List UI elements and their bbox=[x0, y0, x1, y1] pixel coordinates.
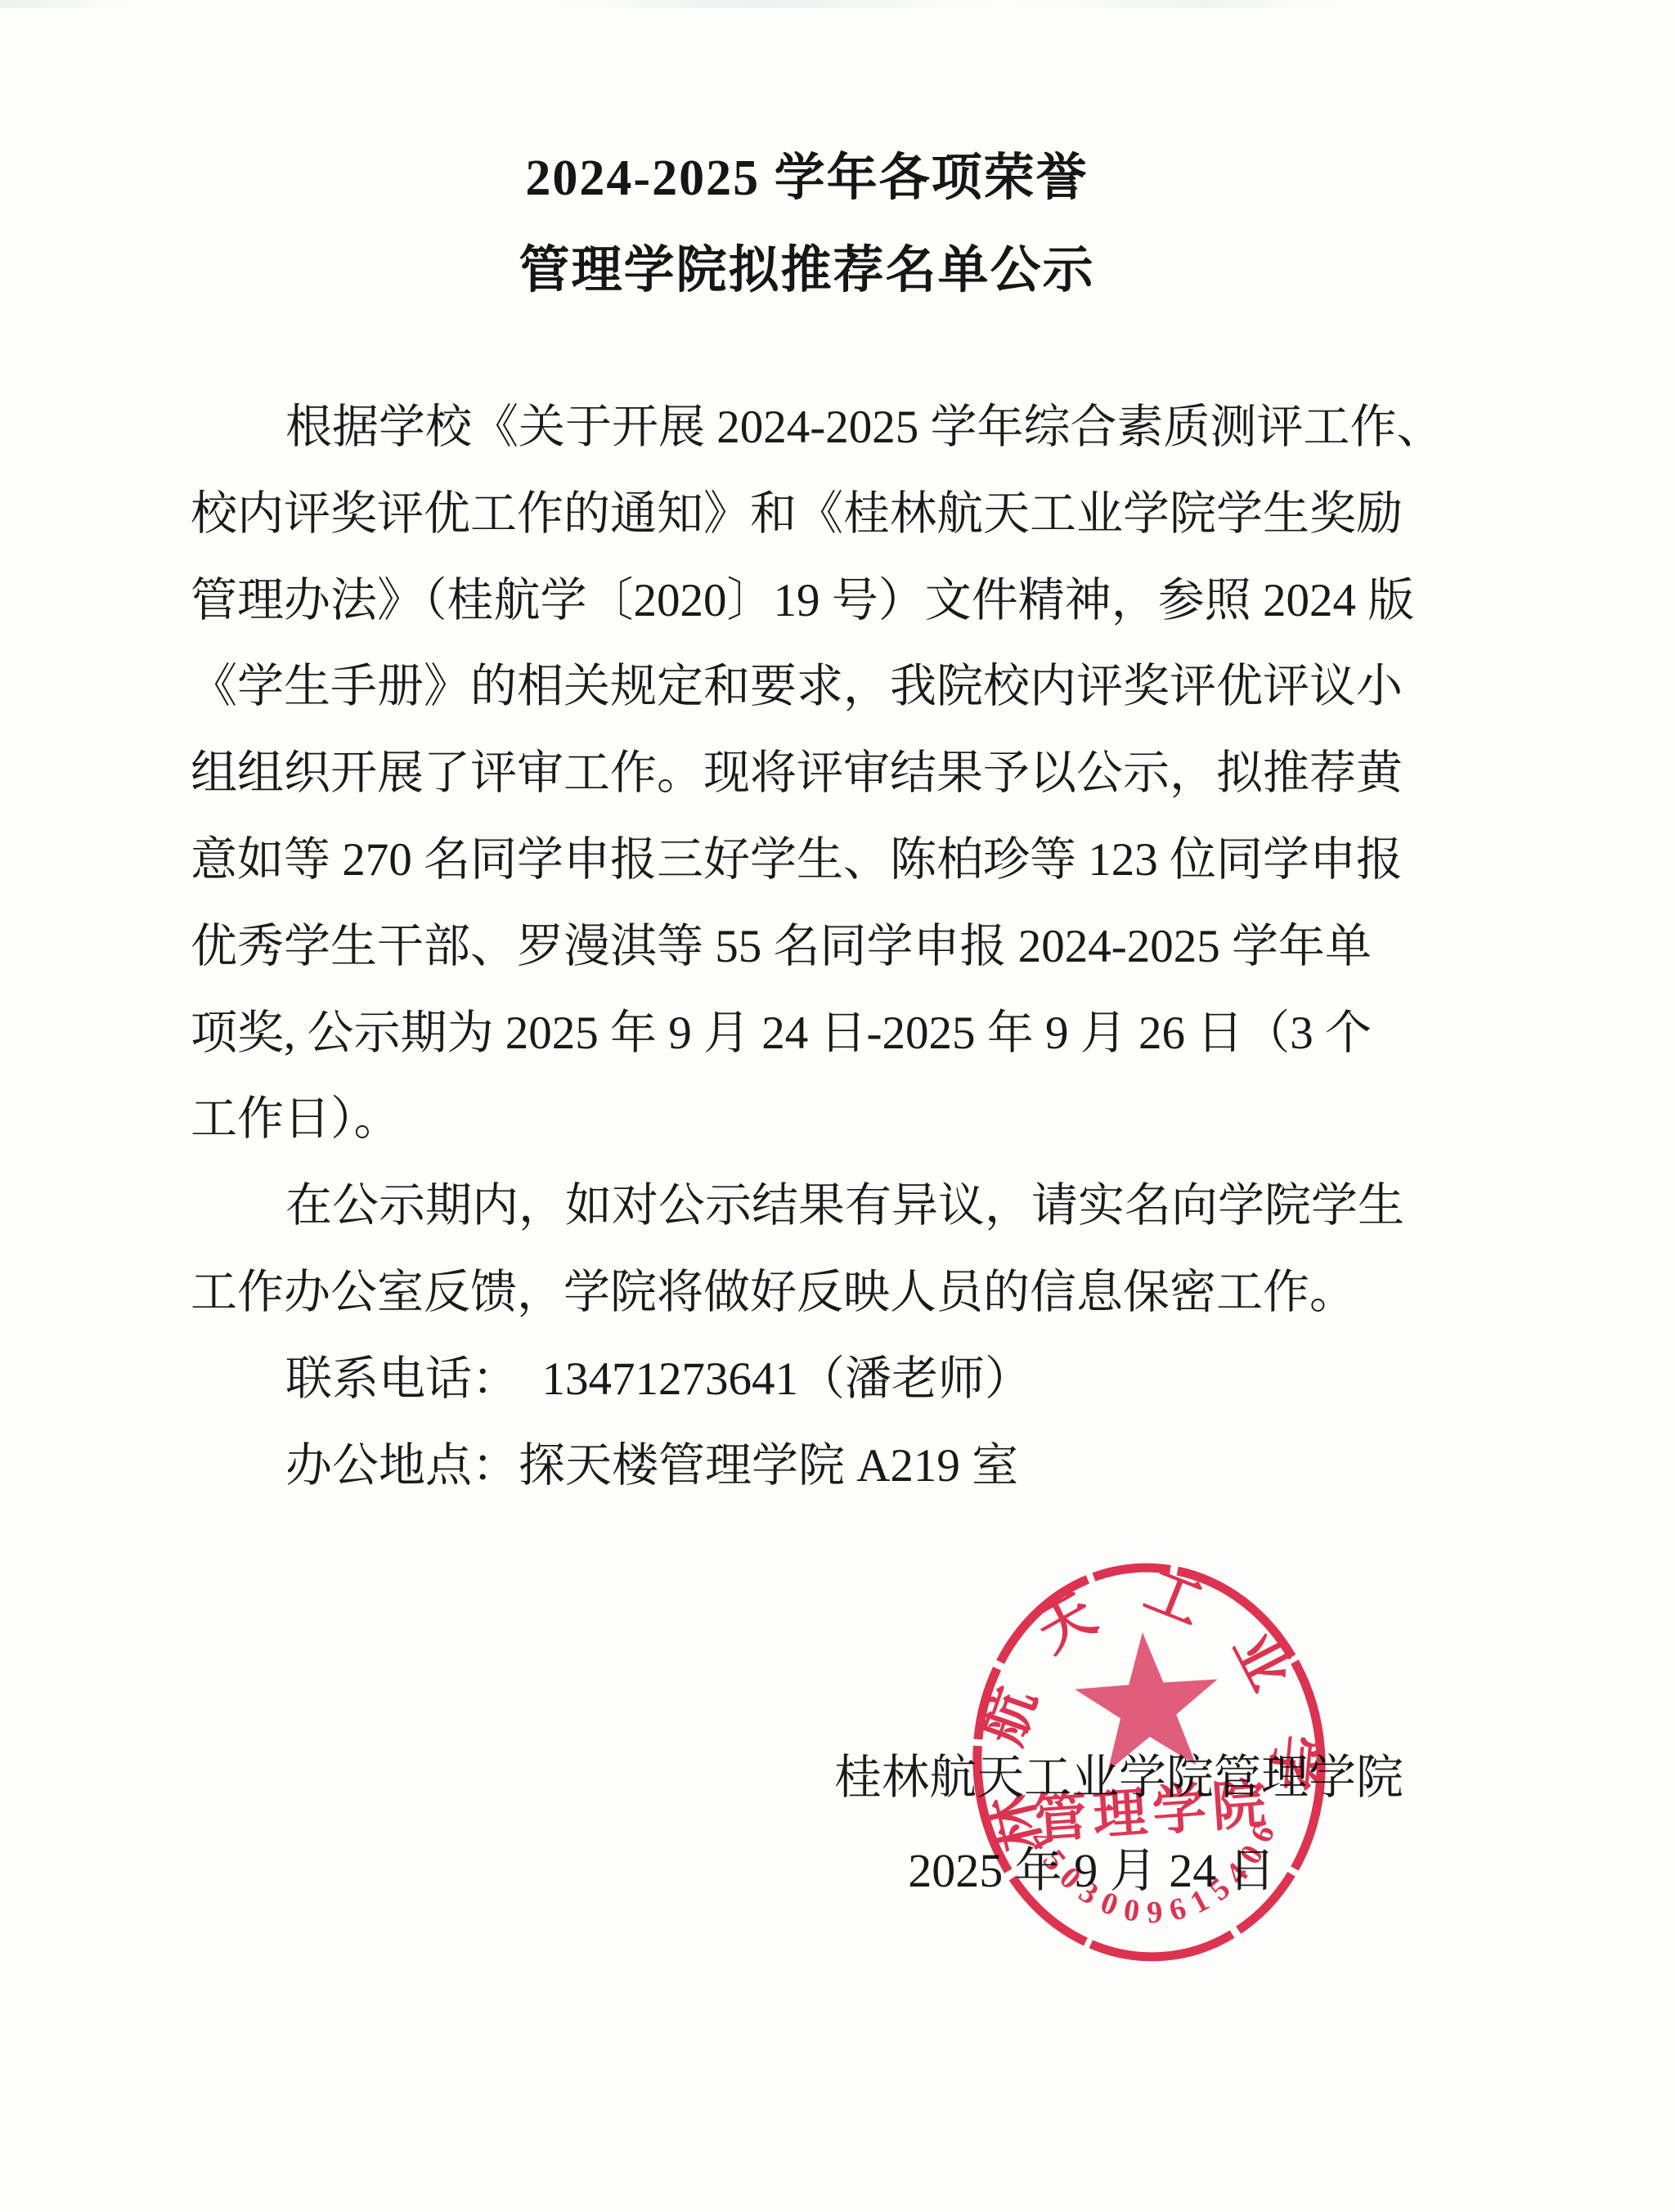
body-line: 根据学校《关于开展 2024-2025 学年综合素质测评工作、 bbox=[191, 384, 1427, 471]
body-line: 工作办公室反馈，学院将做好反映人员的信息保密工作。 bbox=[191, 1250, 1427, 1336]
document-body: 根据学校《关于开展 2024-2025 学年综合素质测评工作、 校内评奖评优工作… bbox=[191, 384, 1427, 1509]
body-line: 组组织开展了评审工作。现将评审结果予以公示，拟推荐黄 bbox=[191, 730, 1427, 817]
body-line: 意如等 270 名同学申报三好学生、陈柏珍等 123 位同学申报 bbox=[191, 817, 1427, 904]
body-line: 《学生手册》的相关规定和要求，我院校内评奖评优评议小 bbox=[191, 644, 1427, 730]
body-line: 项奖, 公示期为 2025 年 9 月 24 日-2025 年 9 月 26 日… bbox=[191, 990, 1427, 1077]
document-title: 2024-2025 学年各项荣誉 管理学院拟推荐名单公示 bbox=[191, 132, 1423, 317]
star-icon bbox=[1071, 1627, 1224, 1773]
body-line: 优秀学生干部、罗漫淇等 55 名同学申报 2024-2025 学年单 bbox=[191, 904, 1427, 990]
body-line: 校内评奖评优工作的通知》和《桂林航天工业学院学生奖励 bbox=[191, 471, 1427, 558]
scanned-notice-page: 2024-2025 学年各项荣誉 管理学院拟推荐名单公示 根据学校《关于开展 2… bbox=[0, 0, 1675, 2212]
office-location-line: 办公地点：探天楼管理学院 A219 室 bbox=[191, 1423, 1427, 1510]
official-seal: 桂林航天工业学院 管理学院 4503009615406 bbox=[957, 1548, 1341, 1973]
body-line: 在公示期内，如对公示结果有异议，请实名向学院学生 bbox=[191, 1163, 1427, 1250]
seal-center-text: 管理学院 bbox=[1031, 1775, 1273, 1851]
body-line: 管理办法》（桂航学〔2020〕19 号）文件精神，参照 2024 版 bbox=[191, 558, 1427, 644]
title-line-1: 2024-2025 学年各项荣誉 bbox=[191, 132, 1423, 225]
scan-edge-artifact bbox=[0, 0, 1675, 8]
contact-phone-line: 联系电话： 13471273641（潘老师） bbox=[191, 1336, 1427, 1423]
title-line-2: 管理学院拟推荐名单公示 bbox=[191, 225, 1423, 317]
body-line: 工作日）。 bbox=[191, 1076, 1427, 1163]
